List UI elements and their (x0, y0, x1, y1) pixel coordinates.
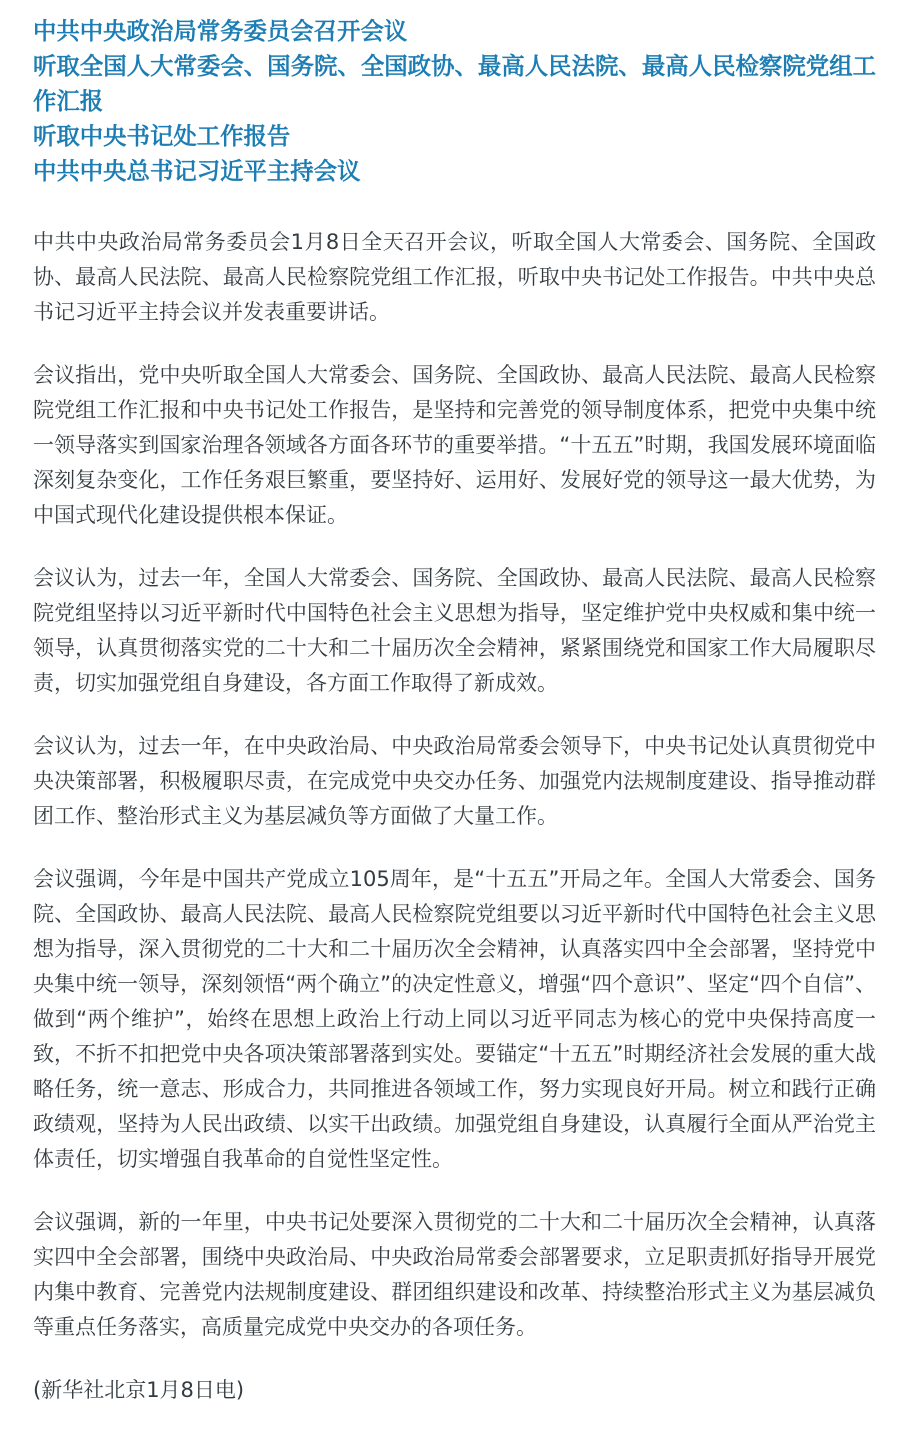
article-paragraph-5: 会议强调，今年是中国共产党成立105周年，是“十五五”开局之年。全国人大常委会、… (33, 862, 876, 1177)
article-page: 中共中央政治局常务委员会召开会议 听取全国人大常委会、国务院、全国政协、最高人民… (0, 0, 909, 1438)
article-paragraph-2: 会议指出，党中央听取全国人大常委会、国务院、全国政协、最高人民法院、最高人民检察… (33, 358, 876, 533)
headline-line-2: 听取全国人大常委会、国务院、全国政协、最高人民法院、最高人民检察院党组工作汇报 (33, 49, 876, 119)
article-paragraph-3: 会议认为，过去一年，全国人大常委会、国务院、全国政协、最高人民法院、最高人民检察… (33, 561, 876, 701)
headline-line-3: 听取中央书记处工作报告 (33, 119, 876, 154)
headline-line-4: 中共中央总书记习近平主持会议 (33, 154, 876, 189)
article-paragraph-1: 中共中央政治局常务委员会1月8日全天召开会议，听取全国人大常委会、国务院、全国政… (33, 225, 876, 330)
article-body: 中共中央政治局常务委员会1月8日全天召开会议，听取全国人大常委会、国务院、全国政… (33, 225, 876, 1345)
source-note: (新华社北京1月8日电) (33, 1373, 876, 1408)
article-paragraph-4: 会议认为，过去一年，在中央政治局、中央政治局常委会领导下，中央书记处认真贯彻党中… (33, 729, 876, 834)
headline-line-1: 中共中央政治局常务委员会召开会议 (33, 14, 876, 49)
article-paragraph-6: 会议强调，新的一年里，中央书记处要深入贯彻党的二十大和二十届历次全会精神，认真落… (33, 1205, 876, 1345)
article-headline: 中共中央政治局常务委员会召开会议 听取全国人大常委会、国务院、全国政协、最高人民… (33, 14, 876, 189)
